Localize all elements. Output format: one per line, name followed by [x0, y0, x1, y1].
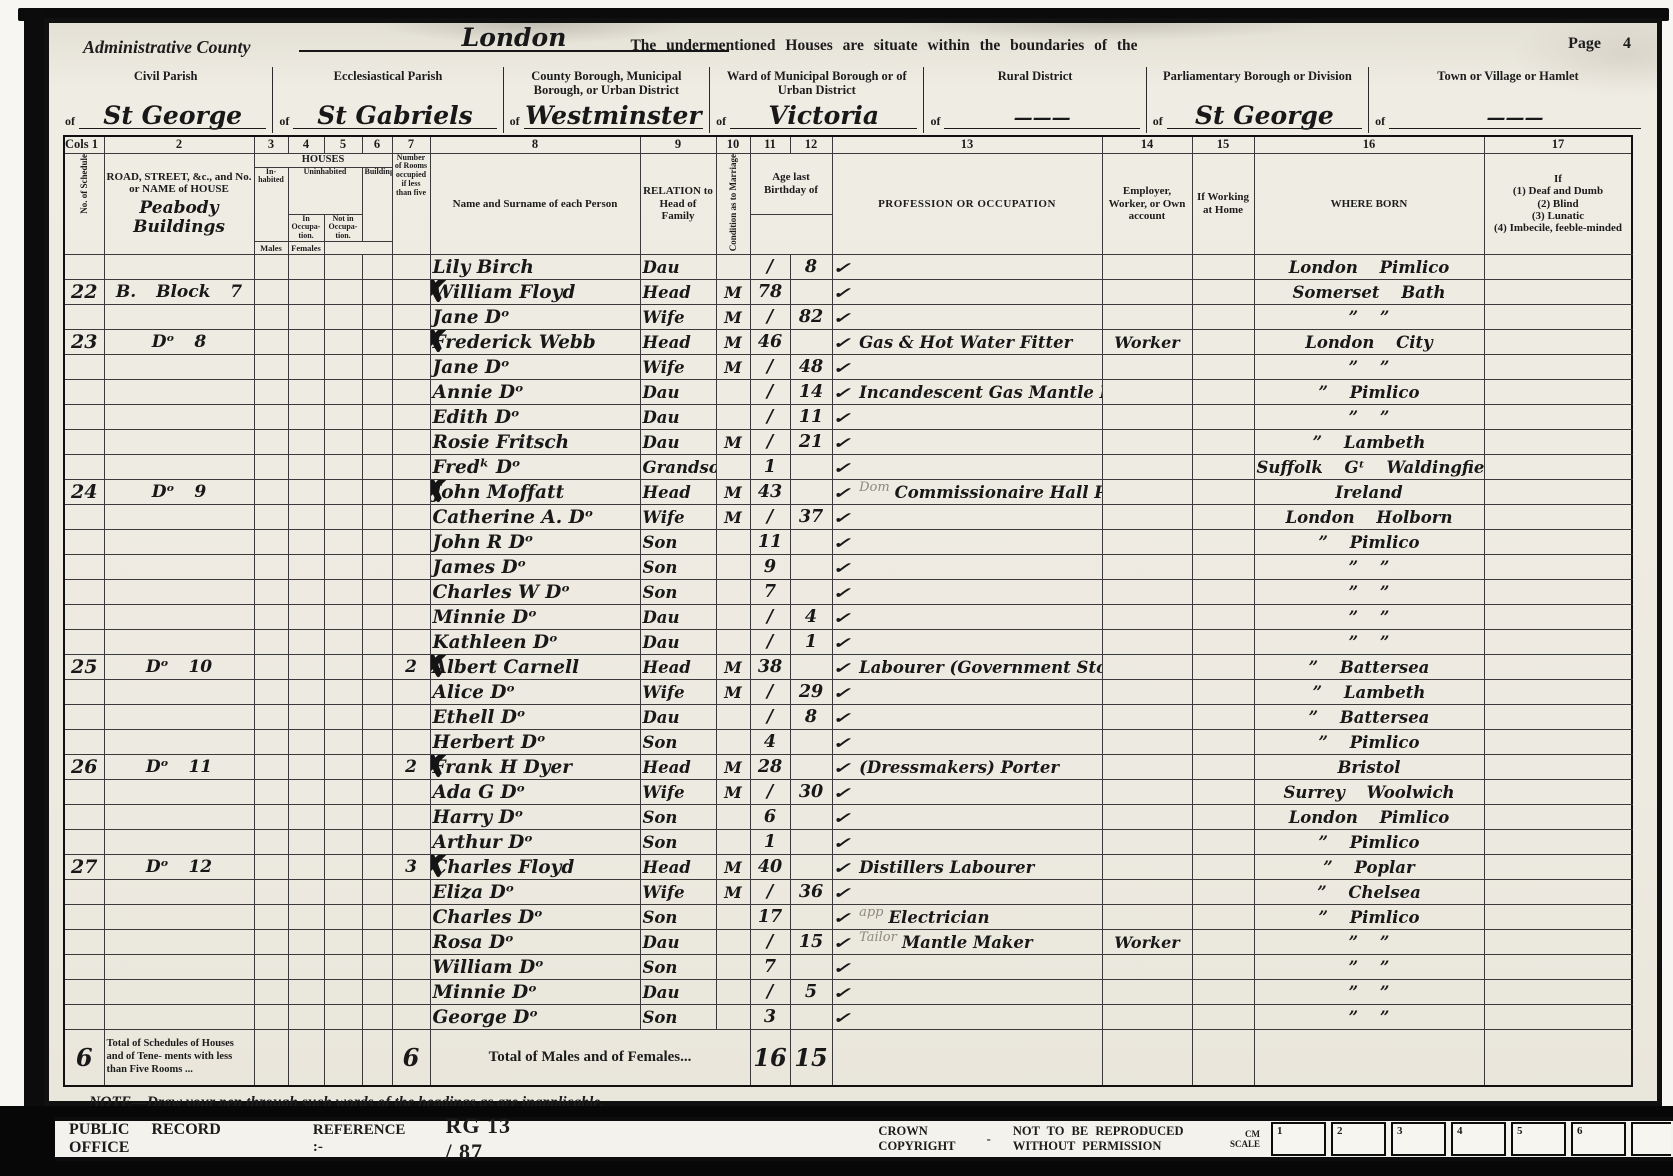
cell-address — [104, 555, 254, 580]
cell-working-at-home — [1192, 780, 1254, 805]
census-record-row: 25 Dᵒ 10 2 ✗Albert Carnell Head M 38 ✓La… — [64, 655, 1632, 680]
enumerator-tick-mark: ✓ — [832, 334, 855, 352]
cell-schedule-number — [64, 630, 104, 655]
cell-age-male: / — [750, 930, 790, 955]
cell-uninhabited-not-in-occupation — [324, 930, 362, 955]
census-record-row: Catherine A. Dᵒ Wife M / 37 ✓ London Hol… — [64, 505, 1632, 530]
pencil-annotation: app — [859, 905, 883, 920]
cell-schedule-number: 25 — [64, 655, 104, 680]
cell-age-male: / — [750, 380, 790, 405]
cell-address: Dᵒ 12 — [104, 855, 254, 880]
cell-marriage-condition — [716, 905, 750, 930]
cell-age-female — [790, 830, 832, 855]
cell-uninhabited-in-occupation — [288, 480, 324, 505]
cell-age-male: 78 — [750, 280, 790, 305]
separator-dash: - — [987, 1132, 991, 1147]
cell-schedule-number — [64, 705, 104, 730]
cell-uninhabited-not-in-occupation — [324, 655, 362, 680]
cell-age-male: 9 — [750, 555, 790, 580]
cell-person-name: Ethell Dᵒ — [430, 705, 640, 730]
cell-relation: Wife — [640, 355, 716, 380]
cell-profession: ✓ — [832, 255, 1102, 280]
cell-building — [362, 730, 392, 755]
cell-uninhabited-not-in-occupation — [324, 680, 362, 705]
cell-relation: Dau — [640, 255, 716, 280]
cell-marriage-condition — [716, 255, 750, 280]
cell-uninhabited-not-in-occupation — [324, 305, 362, 330]
cell-building — [362, 480, 392, 505]
cell-rooms — [392, 305, 430, 330]
cell-relation: Wife — [640, 880, 716, 905]
cell-infirmity — [1484, 580, 1632, 605]
cell-uninhabited-in-occupation — [288, 430, 324, 455]
cell-address — [104, 430, 254, 455]
enumerator-tick-mark: ✓ — [832, 984, 855, 1002]
cell-age-male: / — [750, 630, 790, 655]
cell-infirmity — [1484, 880, 1632, 905]
cell-working-at-home — [1192, 630, 1254, 655]
cell-address — [104, 880, 254, 905]
cell-address — [104, 980, 254, 1005]
cell-building — [362, 855, 392, 880]
cell-building — [362, 655, 392, 680]
cell-infirmity — [1484, 1005, 1632, 1030]
cell-person-name: Annie Dᵒ — [430, 380, 640, 405]
empty-cell — [832, 1030, 1102, 1086]
cell-employer — [1102, 655, 1192, 680]
cell-rooms — [392, 930, 430, 955]
empty-cell — [1254, 1030, 1484, 1086]
cell-person-name: ✗Frederick Webb — [430, 330, 640, 355]
cell-rooms — [392, 455, 430, 480]
cell-where-born: ” Poplar — [1254, 855, 1484, 880]
cell-uninhabited-in-occupation — [288, 655, 324, 680]
cell-uninhabited-in-occupation — [288, 905, 324, 930]
cell-relation: Son — [640, 730, 716, 755]
parliamentary-borough-box: Parliamentary Borough or Division ofSt G… — [1147, 67, 1369, 133]
relation-header: RELATION to Head of Family — [640, 153, 716, 255]
cell-profession: ✓ — [832, 680, 1102, 705]
cell-rooms — [392, 555, 430, 580]
county-borough-box: County Borough, Municipal Borough, or Ur… — [504, 67, 710, 133]
cell-infirmity — [1484, 955, 1632, 980]
cell-relation: Head — [640, 855, 716, 880]
cell-age-male: 46 — [750, 330, 790, 355]
crown-copyright-label: CROWN COPYRIGHT — [878, 1124, 964, 1154]
cell-rooms — [392, 630, 430, 655]
cell-working-at-home — [1192, 355, 1254, 380]
enumerator-tick-mark: ✓ — [832, 684, 855, 702]
of-label: of — [65, 114, 75, 129]
scan-left-border — [24, 8, 44, 1110]
cell-infirmity — [1484, 355, 1632, 380]
cell-uninhabited-not-in-occupation — [324, 480, 362, 505]
cell-infirmity — [1484, 830, 1632, 855]
cell-building — [362, 955, 392, 980]
road-header: ROAD, STREET, &c., and No. or NAME of HO… — [104, 153, 254, 255]
ward-label: Ward of Municipal Borough or of Urban Di… — [716, 69, 917, 98]
cell-uninhabited-not-in-occupation — [324, 830, 362, 855]
cell-person-name: Eliza Dᵒ — [430, 880, 640, 905]
census-record-row: William Dᵒ Son 7 ✓ ” ” — [64, 955, 1632, 980]
census-record-row: Minnie Dᵒ Dau / 4 ✓ ” ” — [64, 605, 1632, 630]
pro-office-label: PUBLIC RECORD OFFICE — [69, 1121, 225, 1157]
cell-marriage-condition: M — [716, 505, 750, 530]
empty-cell — [254, 1030, 288, 1086]
cell-employer — [1102, 530, 1192, 555]
cell-schedule-number — [64, 530, 104, 555]
cell-profession: ✓ — [832, 705, 1102, 730]
col-num-5: 5 — [324, 136, 362, 153]
cell-age-female — [790, 580, 832, 605]
cell-inhabited — [254, 830, 288, 855]
cell-uninhabited-not-in-occupation — [324, 805, 362, 830]
parliamentary-borough-value: St George — [1167, 103, 1362, 129]
cell-uninhabited-in-occupation — [288, 355, 324, 380]
cell-relation: Dau — [640, 930, 716, 955]
census-record-row: Annie Dᵒ Dau / 14 ✓Incandescent Gas Mant… — [64, 380, 1632, 405]
cell-address — [104, 955, 254, 980]
cell-age-female: 30 — [790, 780, 832, 805]
cell-age-female: 8 — [790, 705, 832, 730]
cell-infirmity — [1484, 980, 1632, 1005]
cell-profession: ✓TailorMantle Maker — [832, 930, 1102, 955]
enumerator-tick-mark: ✓ — [832, 284, 855, 302]
cell-profession: ✓Incandescent Gas Mantle Maker — [832, 380, 1102, 405]
totals-females-value: 15 — [790, 1030, 832, 1086]
district-header-row: Civil Parish ofSt George Ecclesiastical … — [59, 67, 1647, 133]
cell-schedule-number — [64, 805, 104, 830]
cell-where-born: ” Pimlico — [1254, 530, 1484, 555]
cell-schedule-number — [64, 980, 104, 1005]
cell-address — [104, 405, 254, 430]
cell-schedule-number — [64, 555, 104, 580]
cell-profession: ✓ — [832, 605, 1102, 630]
cell-uninhabited-not-in-occupation — [324, 580, 362, 605]
cell-rooms — [392, 330, 430, 355]
rural-district-label: Rural District — [930, 69, 1139, 83]
cell-uninhabited-in-occupation — [288, 530, 324, 555]
cell-infirmity — [1484, 905, 1632, 930]
cell-relation: Wife — [640, 680, 716, 705]
cell-address — [104, 1005, 254, 1030]
cell-inhabited — [254, 1005, 288, 1030]
cell-uninhabited-not-in-occupation — [324, 955, 362, 980]
cell-person-name: ✗John Moffatt — [430, 480, 640, 505]
cell-uninhabited-not-in-occupation — [324, 555, 362, 580]
cell-age-female — [790, 855, 832, 880]
cell-employer — [1102, 680, 1192, 705]
cell-employer — [1102, 905, 1192, 930]
cell-working-at-home — [1192, 880, 1254, 905]
cell-working-at-home — [1192, 255, 1254, 280]
census-record-row: Fredᵏ Dᵒ Grandson 1 ✓ Suffolk Gᵗ Walding… — [64, 455, 1632, 480]
cell-person-name: Jane Dᵒ — [430, 305, 640, 330]
cell-uninhabited-in-occupation — [288, 830, 324, 855]
cell-address — [104, 805, 254, 830]
cell-age-male: 1 — [750, 455, 790, 480]
cell-profession: ✓ — [832, 305, 1102, 330]
cell-age-male: / — [750, 705, 790, 730]
cell-inhabited — [254, 355, 288, 380]
enumerator-tick-mark: ✓ — [832, 859, 855, 877]
totals-schedule-count: 6 — [64, 1030, 104, 1086]
ward-value: Victoria — [730, 103, 917, 129]
cell-age-male: 11 — [750, 530, 790, 555]
cell-marriage-condition: M — [716, 680, 750, 705]
cell-schedule-number — [64, 905, 104, 930]
enumerator-tick-mark: ✓ — [832, 1009, 855, 1027]
cell-where-born: ” Pimlico — [1254, 830, 1484, 855]
cell-uninhabited-in-occupation — [288, 855, 324, 880]
empty-cell — [1102, 1030, 1192, 1086]
ecclesiastical-parish-label: Ecclesiastical Parish — [279, 69, 496, 83]
census-scan-page: { "page": {"page_label": "Page", "page_n… — [0, 0, 1673, 1176]
inhabited-header: In-habited — [254, 167, 288, 242]
cell-rooms — [392, 355, 430, 380]
employer-header: Employer, Worker, or Own account — [1102, 153, 1192, 255]
cell-infirmity — [1484, 455, 1632, 480]
cell-uninhabited-in-occupation — [288, 930, 324, 955]
cell-uninhabited-in-occupation — [288, 280, 324, 305]
enumerator-tick-mark: ✓ — [832, 609, 855, 627]
cell-address: Dᵒ 11 — [104, 755, 254, 780]
reproduction-notice: NOT TO BE REPRODUCED WITHOUT PERMISSION — [1013, 1124, 1230, 1154]
cell-working-at-home — [1192, 655, 1254, 680]
cell-person-name: John R Dᵒ — [430, 530, 640, 555]
cell-relation: Head — [640, 280, 716, 305]
cell-inhabited — [254, 380, 288, 405]
cell-schedule-number — [64, 680, 104, 705]
cell-address — [104, 255, 254, 280]
cell-person-name: Alice Dᵒ — [430, 680, 640, 705]
cell-relation: Son — [640, 530, 716, 555]
cell-employer — [1102, 780, 1192, 805]
cell-marriage-condition — [716, 455, 750, 480]
cell-inhabited — [254, 280, 288, 305]
building-header: Building — [362, 167, 392, 242]
cell-age-male: 17 — [750, 905, 790, 930]
cell-inhabited — [254, 955, 288, 980]
cell-uninhabited-in-occupation — [288, 405, 324, 430]
cell-working-at-home — [1192, 480, 1254, 505]
cell-uninhabited-not-in-occupation — [324, 755, 362, 780]
cell-profession: ✓ — [832, 1005, 1102, 1030]
cell-marriage-condition: M — [716, 355, 750, 380]
infirmity-header: If (1) Deaf and Dumb (2) Blind (3) Lunat… — [1484, 153, 1632, 255]
cell-profession: ✓ — [832, 405, 1102, 430]
cell-relation: Dau — [640, 605, 716, 630]
cell-relation: Son — [640, 955, 716, 980]
enumerator-tick-mark: ✓ — [832, 834, 855, 852]
cell-relation: Dau — [640, 705, 716, 730]
cell-where-born: Ireland — [1254, 480, 1484, 505]
enumerator-tick-mark: ✓ — [832, 434, 855, 452]
cell-rooms: 2 — [392, 655, 430, 680]
cell-relation: Head — [640, 480, 716, 505]
cell-age-female: 8 — [790, 255, 832, 280]
cell-schedule-number — [64, 255, 104, 280]
profession-header: PROFESSION OR OCCUPATION — [832, 153, 1102, 255]
where-born-header: WHERE BORN — [1254, 153, 1484, 255]
cell-uninhabited-not-in-occupation — [324, 455, 362, 480]
cell-profession: ✓ — [832, 955, 1102, 980]
cell-employer — [1102, 855, 1192, 880]
of-label: of — [1153, 114, 1163, 129]
cell-age-female — [790, 555, 832, 580]
cell-infirmity — [1484, 605, 1632, 630]
in-occupation-header: In Occupa-tion. — [288, 214, 324, 241]
cell-infirmity — [1484, 305, 1632, 330]
cell-marriage-condition — [716, 930, 750, 955]
cell-uninhabited-not-in-occupation — [324, 430, 362, 455]
of-label: of — [930, 114, 940, 129]
census-record-row: Jane Dᵒ Wife M / 48 ✓ ” ” — [64, 355, 1632, 380]
col-num-13: 13 — [832, 136, 1102, 153]
females-header: Females — [288, 242, 324, 255]
cell-inhabited — [254, 455, 288, 480]
census-record-row: Eliza Dᵒ Wife M / 36 ✓ ” Chelsea — [64, 880, 1632, 905]
cell-relation: Dau — [640, 980, 716, 1005]
cell-age-male: 1 — [750, 830, 790, 855]
empty-cell — [362, 1030, 392, 1086]
cell-rooms — [392, 730, 430, 755]
cell-schedule-number — [64, 430, 104, 455]
cell-building — [362, 780, 392, 805]
cell-uninhabited-not-in-occupation — [324, 530, 362, 555]
cell-employer — [1102, 355, 1192, 380]
cell-working-at-home — [1192, 830, 1254, 855]
scale-tick-5: 5 — [1511, 1122, 1566, 1156]
cell-rooms — [392, 980, 430, 1005]
cell-building — [362, 255, 392, 280]
page-number-value: 4 — [1623, 35, 1631, 52]
cell-working-at-home — [1192, 330, 1254, 355]
scale-tick-end — [1631, 1122, 1671, 1156]
enumerator-tick-mark: ✓ — [832, 659, 855, 677]
cell-person-name: Minnie Dᵒ — [430, 980, 640, 1005]
cell-inhabited — [254, 855, 288, 880]
cell-marriage-condition — [716, 605, 750, 630]
cell-schedule-number — [64, 780, 104, 805]
census-record-row: Harry Dᵒ Son 6 ✓ London Pimlico — [64, 805, 1632, 830]
cell-profession: ✓Gas & Hot Water Fitter — [832, 330, 1102, 355]
cell-relation: Dau — [640, 630, 716, 655]
cell-building — [362, 1005, 392, 1030]
cell-person-name: Herbert Dᵒ — [430, 730, 640, 755]
cell-infirmity — [1484, 730, 1632, 755]
cell-profession: ✓Distillers Labourer — [832, 855, 1102, 880]
cell-rooms — [392, 805, 430, 830]
cell-building — [362, 430, 392, 455]
cell-inhabited — [254, 980, 288, 1005]
cell-inhabited — [254, 930, 288, 955]
cell-employer — [1102, 880, 1192, 905]
scale-tick-6: 6 — [1571, 1122, 1626, 1156]
cell-profession: ✓ — [832, 830, 1102, 855]
cell-uninhabited-in-occupation — [288, 980, 324, 1005]
cell-inhabited — [254, 305, 288, 330]
cell-address: Dᵒ 8 — [104, 330, 254, 355]
census-record-row: Edith Dᵒ Dau / 11 ✓ ” ” — [64, 405, 1632, 430]
cell-building — [362, 505, 392, 530]
page-label: Page — [1568, 35, 1601, 52]
cell-working-at-home — [1192, 705, 1254, 730]
cell-building — [362, 580, 392, 605]
ecclesiastical-parish-box: Ecclesiastical Parish ofSt Gabriels — [273, 67, 503, 133]
cell-person-name: George Dᵒ — [430, 1005, 640, 1030]
cell-profession: ✓ — [832, 455, 1102, 480]
cell-profession: ✓ — [832, 730, 1102, 755]
cell-marriage-condition — [716, 705, 750, 730]
cell-age-female: 11 — [790, 405, 832, 430]
cell-schedule-number — [64, 305, 104, 330]
cell-profession: ✓ — [832, 530, 1102, 555]
cell-working-at-home — [1192, 955, 1254, 980]
cell-relation: Dau — [640, 405, 716, 430]
cell-working-at-home — [1192, 1005, 1254, 1030]
cell-relation: Wife — [640, 305, 716, 330]
cell-employer — [1102, 705, 1192, 730]
road-header-value: Peabody Buildings — [107, 199, 252, 237]
cell-where-born: Bristol — [1254, 755, 1484, 780]
civil-parish-label: Civil Parish — [65, 69, 266, 83]
cell-rooms — [392, 255, 430, 280]
cell-inhabited — [254, 705, 288, 730]
cell-relation: Head — [640, 655, 716, 680]
census-record-row: Minnie Dᵒ Dau / 5 ✓ ” ” — [64, 980, 1632, 1005]
cell-working-at-home — [1192, 555, 1254, 580]
cell-person-name: Fredᵏ Dᵒ — [430, 455, 640, 480]
cell-employer — [1102, 280, 1192, 305]
pro-reference-value: RG 13 / 87 — [445, 1113, 518, 1165]
cell-infirmity — [1484, 380, 1632, 405]
of-label: of — [510, 114, 520, 129]
cell-person-name: Harry Dᵒ — [430, 805, 640, 830]
cell-marriage-condition — [716, 830, 750, 855]
cell-age-female: 82 — [790, 305, 832, 330]
cell-where-born: ” ” — [1254, 980, 1484, 1005]
cell-address — [104, 455, 254, 480]
cell-profession: ✓ — [832, 805, 1102, 830]
empty-cell — [1484, 1030, 1632, 1086]
cell-infirmity — [1484, 705, 1632, 730]
cell-uninhabited-not-in-occupation — [324, 905, 362, 930]
cell-marriage-condition: M — [716, 280, 750, 305]
cell-age-male: 38 — [750, 655, 790, 680]
enumerator-tick-mark: ✓ — [832, 409, 855, 427]
census-record-row: Lily Birch Dau / 8 ✓ London Pimlico — [64, 255, 1632, 280]
cell-schedule-number: 27 — [64, 855, 104, 880]
cell-age-male: / — [750, 305, 790, 330]
cell-address — [104, 355, 254, 380]
cell-uninhabited-in-occupation — [288, 755, 324, 780]
cell-where-born: ” ” — [1254, 955, 1484, 980]
cell-rooms — [392, 705, 430, 730]
cell-uninhabited-not-in-occupation — [324, 605, 362, 630]
cell-address — [104, 380, 254, 405]
cell-inhabited — [254, 530, 288, 555]
cell-rooms — [392, 780, 430, 805]
cell-marriage-condition — [716, 1005, 750, 1030]
rooms-header: Number of Rooms occupied if less than fi… — [392, 153, 430, 255]
col-num-12: 12 — [790, 136, 832, 153]
col-num-4: 4 — [288, 136, 324, 153]
cell-uninhabited-in-occupation — [288, 380, 324, 405]
cell-profession: ✓ — [832, 880, 1102, 905]
enumerator-tick-mark: ✓ — [832, 709, 855, 727]
administrative-county-label: Administrative County — [83, 37, 251, 58]
